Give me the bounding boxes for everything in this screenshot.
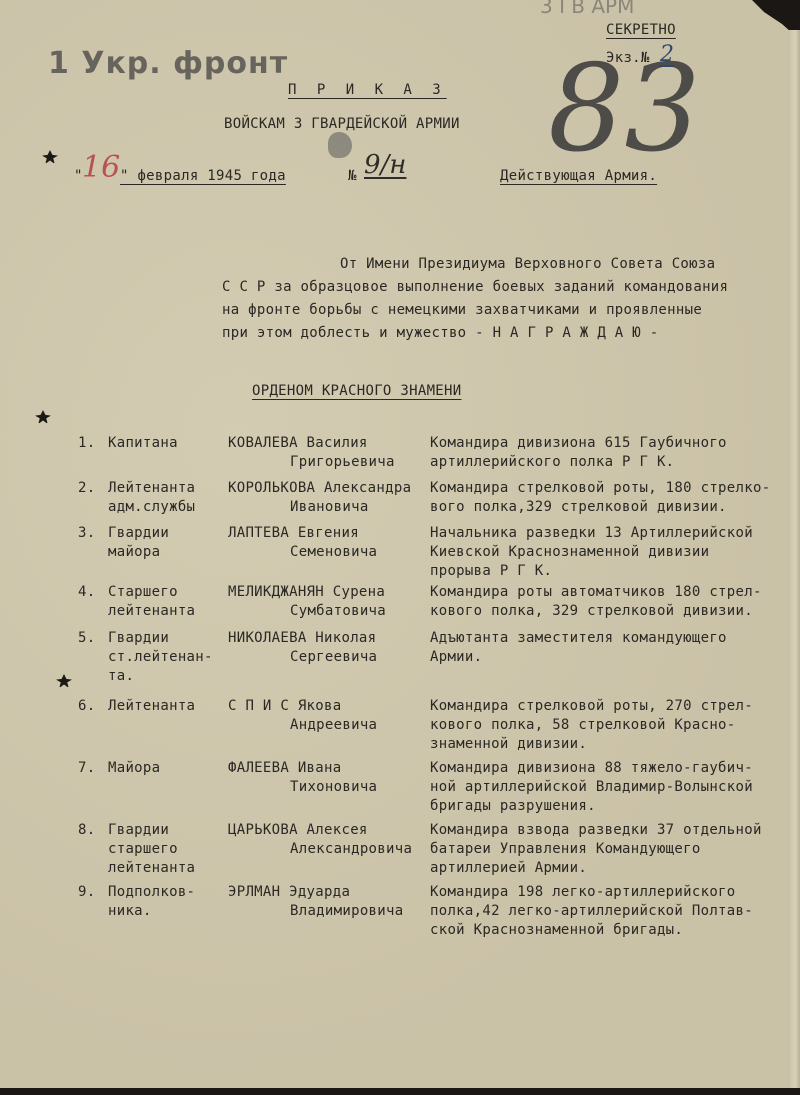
awardee-rank: лейтенанта: [108, 860, 195, 876]
awardee-surname: НИКОЛАЕВА Николая: [228, 630, 376, 646]
awardee-position: батареи Управления Командующего: [430, 841, 701, 857]
awardee-position: вого полка,329 стрелковой дивизии.: [430, 499, 727, 515]
faint-stamp: 3 ГВ АРМ: [540, 0, 634, 18]
awardee-position: Командира взвода разведки 37 отдельной: [430, 822, 762, 838]
awardee-number: 3.: [78, 525, 95, 541]
order-number-label: №: [348, 168, 357, 184]
preamble-line: на фронте борьбы с немецкими захватчикам…: [222, 302, 702, 318]
date-text: " февраля 1945 года: [120, 168, 286, 184]
awardee-position: артиллерией Армии.: [430, 860, 587, 876]
awardee-surname: ФАЛЕЕВА Ивана: [228, 760, 341, 776]
order-number: 9/н: [364, 150, 406, 180]
awardee-position: Адъютанта заместителя командующего: [430, 630, 727, 646]
awardee-rank: майора: [108, 544, 160, 560]
awardee-position: кового полка, 58 стрелковой Красно-: [430, 717, 736, 733]
awardee-position: Командира дивизиона 615 Гаубичного: [430, 435, 727, 451]
awardee-position: Армии.: [430, 649, 482, 665]
copy-number: 2: [660, 42, 674, 67]
awardee-surname: МЕЛИКДЖАНЯН Сурена: [228, 584, 385, 600]
awardee-rank: Лейтенанта: [108, 698, 195, 714]
awardee-patronymic: Ивановича: [290, 499, 369, 515]
awardee-rank: Подполков-: [108, 884, 195, 900]
awardee-position: Командира 198 легко-артиллерийского: [430, 884, 736, 900]
awardee-rank: Капитана: [108, 435, 178, 451]
awardee-surname: ЦАРЬКОВА Алексея: [228, 822, 368, 838]
awardee-position: Командира дивизиона 88 тяжело-гаубич-: [430, 760, 753, 776]
order-title: П Р И К А З: [288, 82, 447, 98]
awardee-number: 6.: [78, 698, 95, 714]
awardee-patronymic: Александровича: [290, 841, 412, 857]
awardee-number: 1.: [78, 435, 95, 451]
copy-label: Экз.№: [606, 50, 650, 66]
awardee-position: Командира стрелковой роты, 270 стрел-: [430, 698, 753, 714]
awardee-rank: Гвардии: [108, 630, 169, 646]
awardee-position: ской Краснознаменной бригады.: [430, 922, 683, 938]
awardee-position: Начальника разведки 13 Артиллерийской: [430, 525, 753, 541]
awardee-rank: Гвардии: [108, 525, 169, 541]
awardee-patronymic: Владимировича: [290, 903, 403, 919]
awardee-position: прорыва Р Г К.: [430, 563, 552, 579]
awardee-number: 4.: [78, 584, 95, 600]
awardee-surname: С П И С Якова: [228, 698, 341, 714]
awardee-surname: ЛАПТЕВА Евгения: [228, 525, 359, 541]
awardee-number: 9.: [78, 884, 95, 900]
awardee-number: 7.: [78, 760, 95, 776]
awardee-position: бригады разрушения.: [430, 798, 596, 814]
awardee-rank: старшего: [108, 841, 178, 857]
awardee-surname: КОВАЛЕВА Василия: [228, 435, 368, 451]
ink-blot: [328, 132, 352, 158]
awardee-position: кового полка, 329 стрелковой дивизии.: [430, 603, 753, 619]
awardee-rank: Майора: [108, 760, 160, 776]
awardee-surname: КОРОЛЬКОВА Александра: [228, 480, 411, 496]
awardee-position: артиллерийского полка Р Г К.: [430, 454, 674, 470]
awardee-patronymic: Семеновича: [290, 544, 377, 560]
awardee-number: 5.: [78, 630, 95, 646]
awardee-rank: адм.службы: [108, 499, 195, 515]
date-day: 16: [82, 150, 120, 185]
awardee-rank: Лейтенанта: [108, 480, 195, 496]
preamble-line: при этом доблесть и мужество - Н А Г Р А…: [222, 325, 658, 341]
preamble-line: От Имени Президиума Верховного Совета Со…: [340, 256, 715, 272]
awardee-rank: ст.лейтенан-: [108, 649, 213, 665]
front-stamp: 1 Укр. фронт: [48, 46, 288, 81]
awardee-rank: ника.: [108, 903, 152, 919]
paper-edge: [788, 30, 800, 1088]
awardee-position: ной артиллерийской Владимир-Волынской: [430, 779, 753, 795]
awardee-patronymic: Сергеевича: [290, 649, 377, 665]
awardee-number: 8.: [78, 822, 95, 838]
location: Действующая Армия.: [500, 168, 657, 184]
awardee-patronymic: Григорьевича: [290, 454, 395, 470]
awardee-rank: Старшего: [108, 584, 178, 600]
awardee-rank: Гвардии: [108, 822, 169, 838]
awardee-rank: лейтенанта: [108, 603, 195, 619]
awardee-position: знаменной дивизии.: [430, 736, 587, 752]
awardee-number: 2.: [78, 480, 95, 496]
awardee-surname: ЭРЛМАН Эдуарда: [228, 884, 350, 900]
awardee-patronymic: Тихоновича: [290, 779, 377, 795]
awardee-position: полка,42 легко-артиллерийской Полтав-: [430, 903, 753, 919]
order-subtitle: ВОЙСКАМ 3 ГВАРДЕЙСКОЙ АРМИИ: [224, 116, 460, 132]
awardee-position: Командира роты автоматчиков 180 стрел-: [430, 584, 762, 600]
awardee-patronymic: Сумбатовича: [290, 603, 386, 619]
awardee-position: Киевской Краснознаменной дивизии: [430, 544, 709, 560]
preamble-line: С С Р за образцовое выполнение боевых за…: [222, 279, 728, 295]
secret-label: СЕКРЕТНО: [606, 22, 676, 38]
award-heading: ОРДЕНОМ КРАСНОГО ЗНАМЕНИ: [252, 383, 462, 399]
awardee-rank: та.: [108, 668, 134, 684]
awardee-position: Командира стрелковой роты, 180 стрелко-: [430, 480, 770, 496]
awardee-patronymic: Андреевича: [290, 717, 377, 733]
